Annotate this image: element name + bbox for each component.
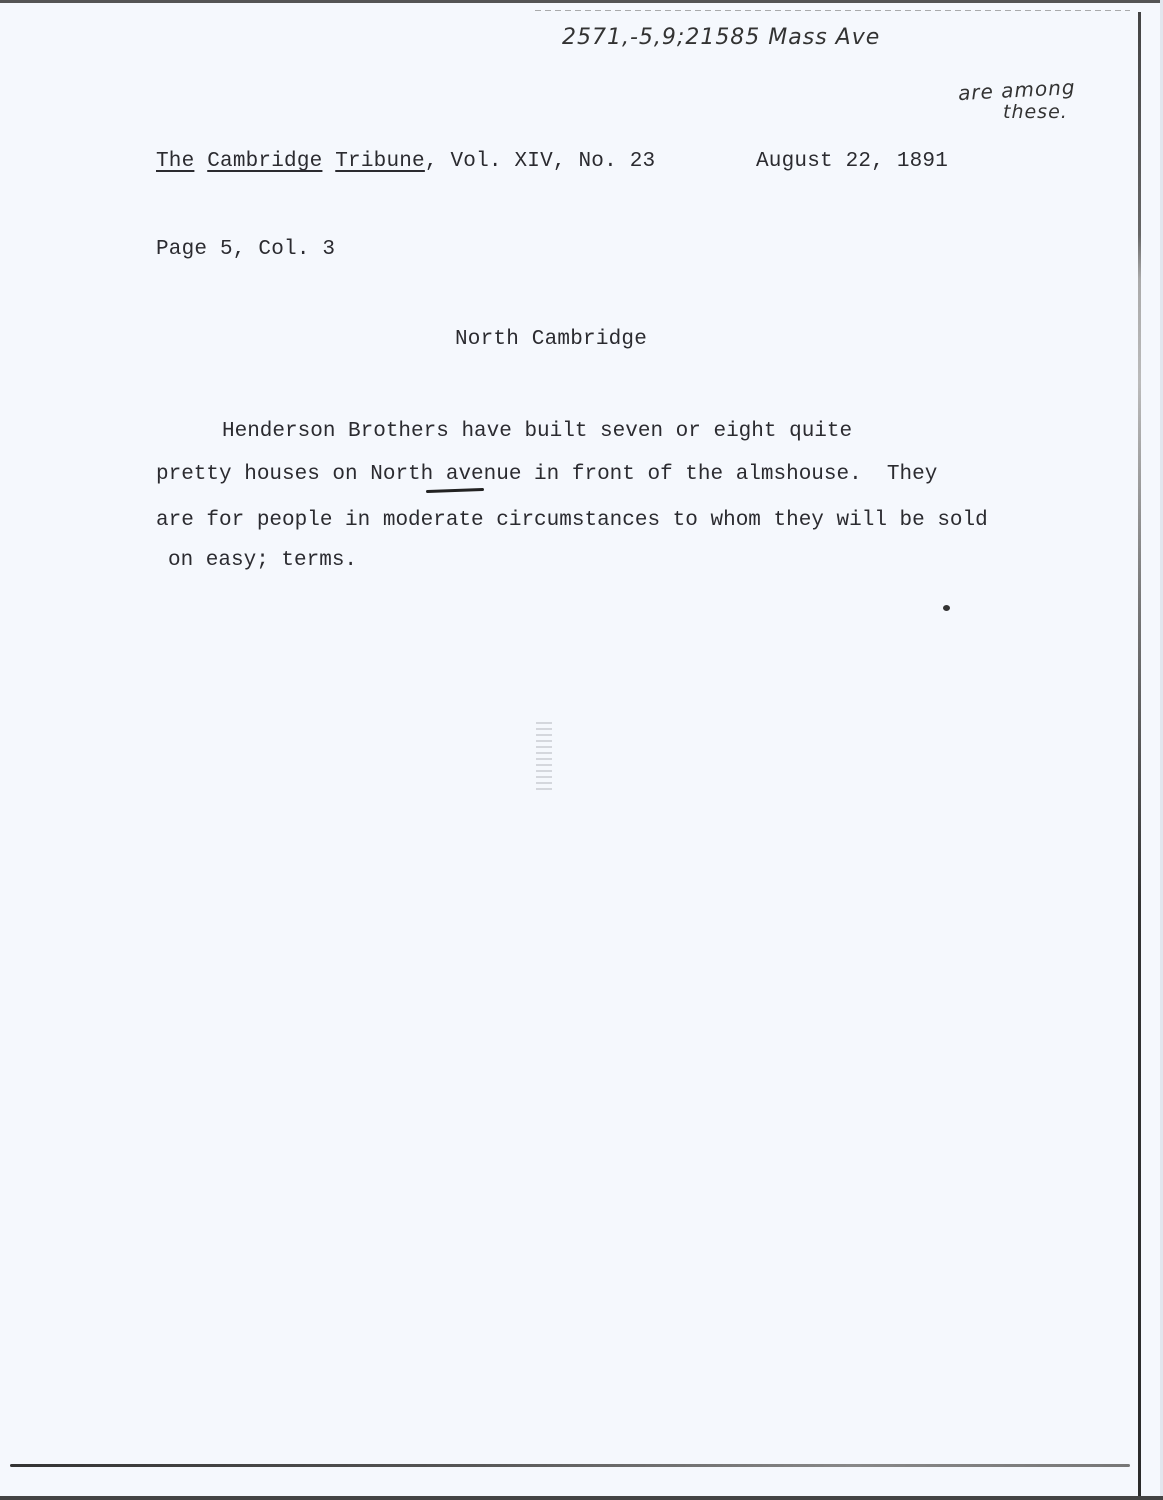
publication-date: August 22, 1891 — [756, 150, 948, 173]
ink-speck — [943, 605, 950, 611]
publication-tribune: Tribune — [335, 150, 425, 173]
scan-top-rule — [535, 10, 1130, 11]
document-page: 2571,-5,9;21585 Mass Ave are among these… — [0, 0, 1163, 1500]
article-line: pretty houses on North avenue in front o… — [156, 463, 937, 486]
page-column-reference: Page 5, Col. 3 — [156, 238, 335, 261]
article-line: are for people in moderate circumstances… — [156, 509, 988, 532]
handwritten-note-line-3: these. — [1003, 101, 1068, 123]
article-line: on easy; terms. — [168, 549, 357, 572]
volume-info: , Vol. XIV, No. 23 — [425, 150, 655, 173]
handwritten-note-line-1: 2571,-5,9;21585 Mass Ave — [562, 25, 880, 50]
pen-underline-mark — [426, 488, 484, 493]
section-title: North Cambridge — [455, 328, 647, 351]
scan-artifact — [536, 722, 552, 794]
citation: The Cambridge Tribune, Vol. XIV, No. 23 — [156, 150, 655, 173]
article-line: Henderson Brothers have built seven or e… — [222, 420, 852, 443]
publication-the: The — [156, 150, 194, 173]
publication-cambridge: Cambridge — [207, 150, 322, 173]
scan-right-rule — [1138, 12, 1141, 1497]
scan-bottom-edge — [0, 1496, 1163, 1500]
scan-top-edge — [0, 0, 1163, 3]
scan-bottom-rule — [10, 1464, 1130, 1467]
